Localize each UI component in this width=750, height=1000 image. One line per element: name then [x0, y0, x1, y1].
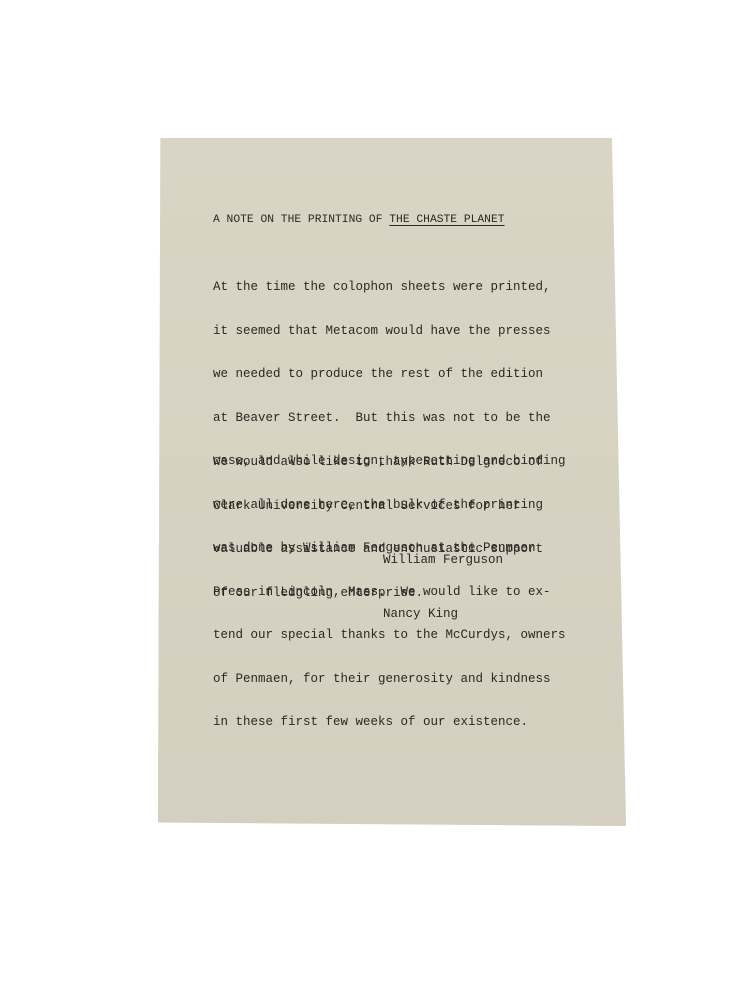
signature-name: William Ferguson — [383, 551, 503, 569]
text-line: Clark University Central Services for he… — [213, 499, 543, 514]
text-line: We would also like to thank Ruth Delgrec… — [213, 455, 543, 470]
text-line: At the time the colophon sheets were pri… — [213, 280, 566, 295]
text-line: we needed to produce the rest of the edi… — [213, 367, 566, 382]
title-prefix: A NOTE ON THE PRINTING OF — [213, 214, 389, 226]
text-line: in these first few weeks of our existenc… — [213, 715, 566, 730]
signature-name: Nancy King — [383, 605, 503, 623]
text-line: it seemed that Metacom would have the pr… — [213, 324, 566, 339]
book-title-underlined: THE CHASTE PLANET — [389, 214, 504, 226]
signature-block: William Ferguson Nancy King — [383, 515, 503, 641]
note-title: A NOTE ON THE PRINTING OF THE CHASTE PLA… — [213, 213, 505, 227]
text-line: at Beaver Street. But this was not to be… — [213, 411, 566, 426]
text-line: of Penmaen, for their generosity and kin… — [213, 672, 566, 687]
